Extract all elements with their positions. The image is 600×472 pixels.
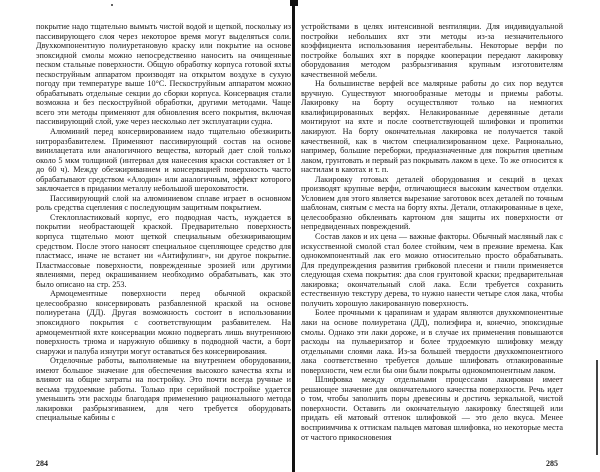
right-page-number: 285 [546,459,558,468]
paragraph: Армоцементные поверхности перед обычной … [36,289,291,356]
paragraph: Пассивирующий слой на алюминиевом сплаве… [36,194,291,213]
page-spine-divider [292,0,295,472]
page-edge-shadow [596,360,598,455]
paragraph: Стеклопластиковый корпус, его подводная … [36,213,291,289]
paragraph: На большинстве верфей все малярные работ… [301,79,563,174]
paragraph: Более прочными к царапинам и ударам явля… [301,308,563,375]
left-page: покрытие надо тщательно вымыть чистой во… [36,22,291,423]
paragraph: Отделочные работы, выполняемые на внутре… [36,356,291,423]
paragraph: Состав лаков и их цена — важные факторы.… [301,232,563,308]
paragraph: Лакировку готовых деталей оборудования и… [301,175,563,232]
paragraph: Алюминий перед консервированием надо тща… [36,127,291,194]
right-page: устройствами в целях интенсивной вентиля… [301,22,563,442]
paragraph: Шлифовка между отдельными процессами лак… [301,375,563,442]
scan-speck [111,4,113,6]
paragraph: покрытие надо тщательно вымыть чистой во… [36,22,291,127]
paragraph: устройствами в целях интенсивной вентиля… [301,22,563,79]
left-page-number: 284 [36,459,48,468]
